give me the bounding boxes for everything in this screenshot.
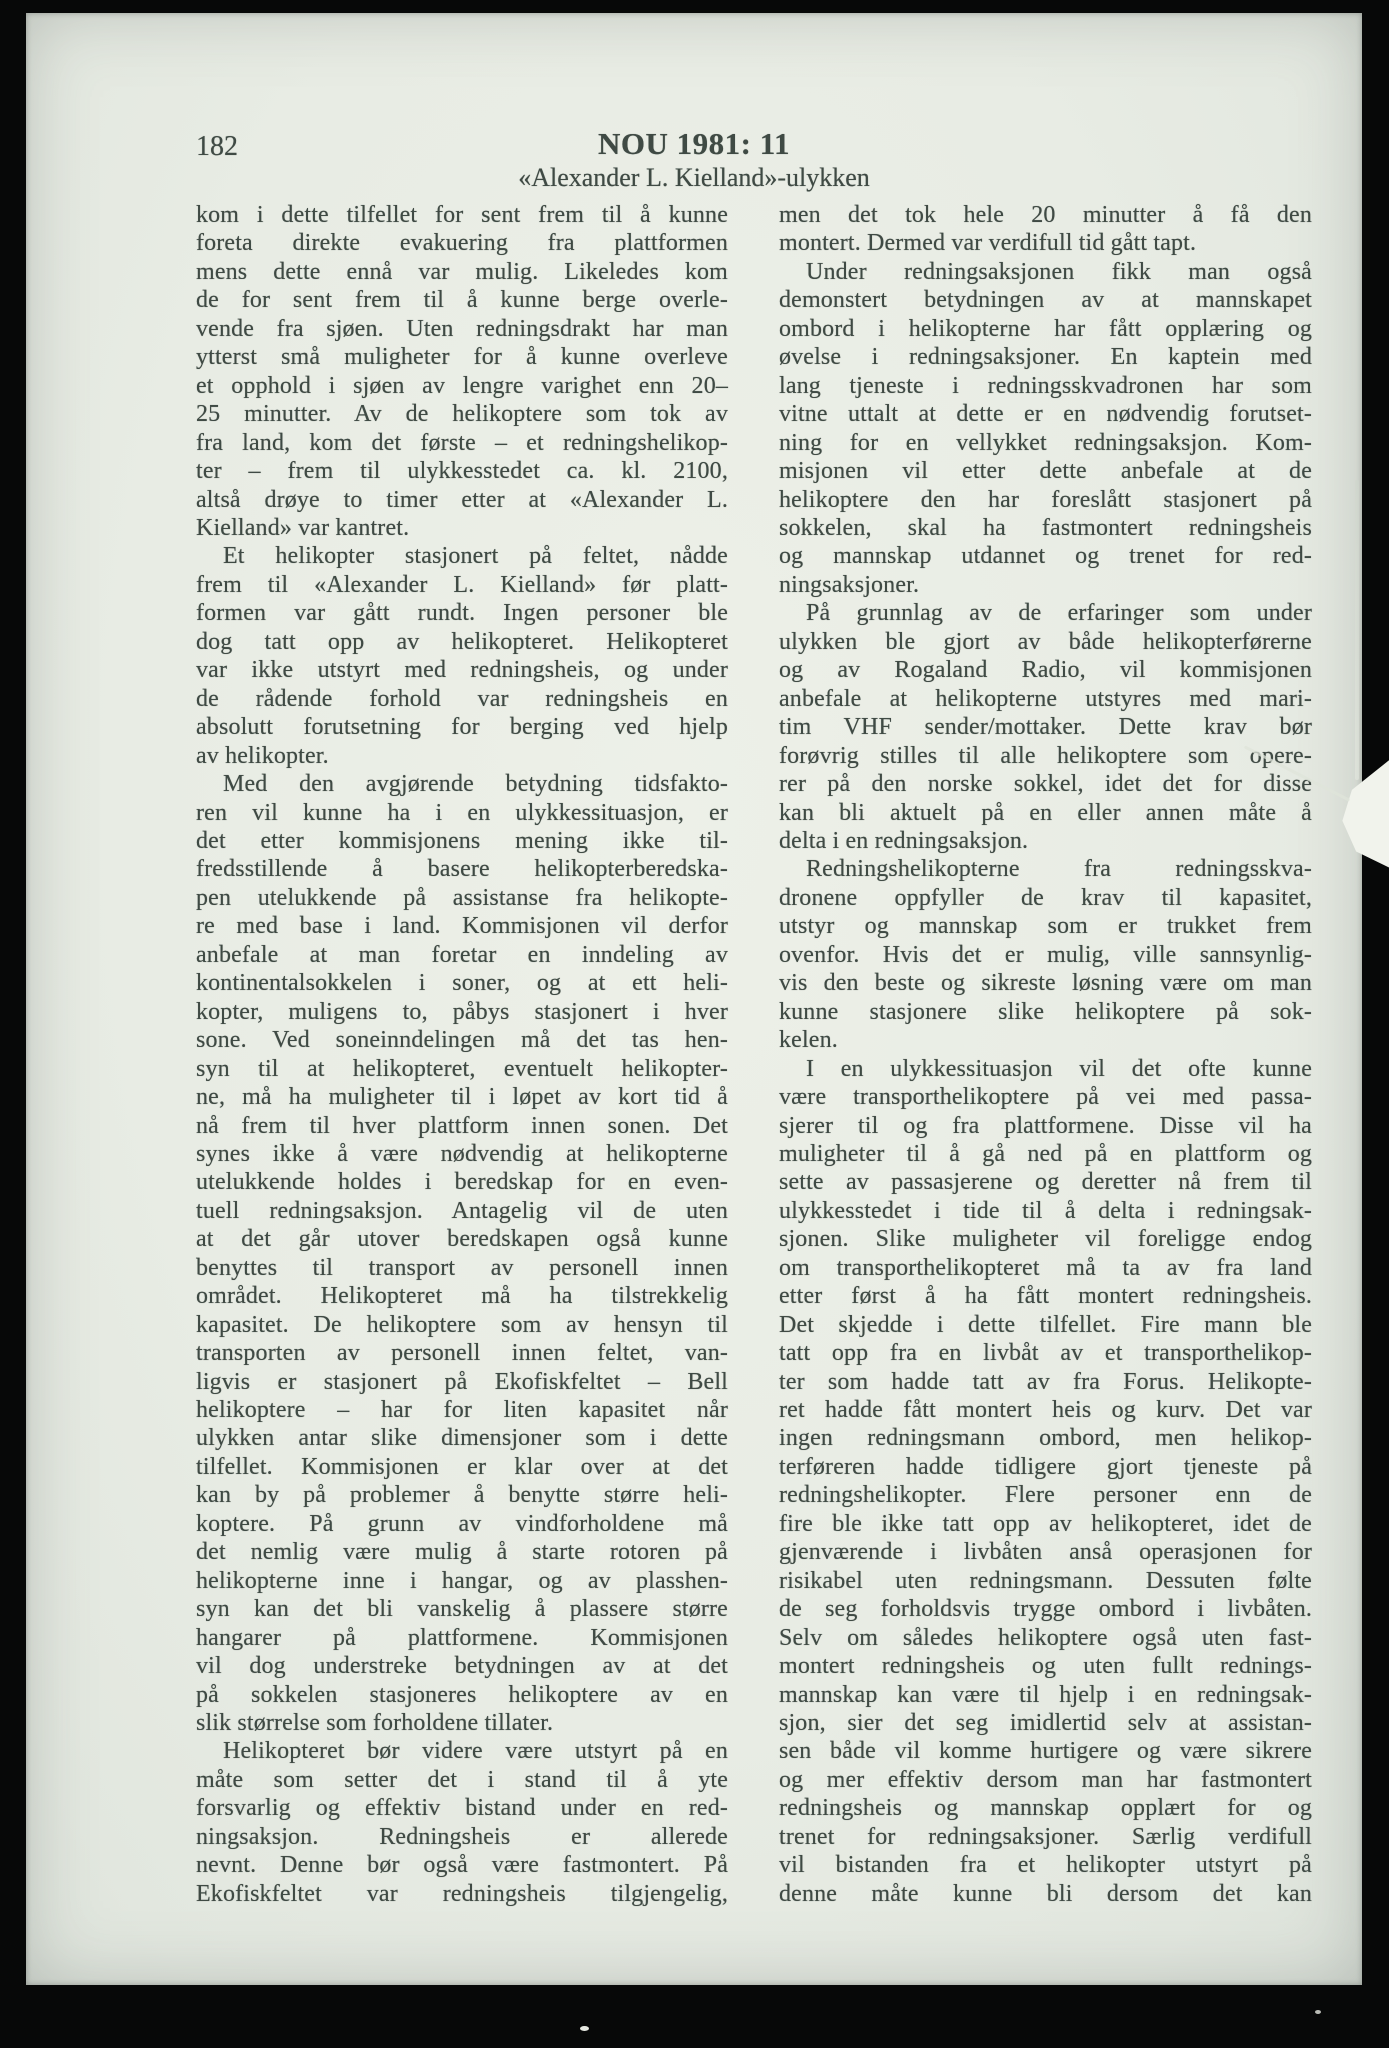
text-line: vis den beste og sikreste løsning være o… <box>779 969 1312 997</box>
text-line: sjerer til og fra plattformene. Disse vi… <box>779 1112 1312 1140</box>
text-line: utstyr og mannskap som er trukket frem <box>779 912 1312 940</box>
text-line: sone. Ved soneinndelingen må det tas hen… <box>196 1026 728 1054</box>
text-line: og mannskap utdannet og trenet for red- <box>779 542 1312 570</box>
text-line: tim VHF sender/mottaker. Dette krav bør <box>779 713 1312 741</box>
text-line: fredsstillende å basere helikopterbereds… <box>196 855 728 883</box>
text-line: kom i dette tilfellet for sent frem til … <box>196 201 728 229</box>
text-line: kapasitet. De helikoptere som av hensyn … <box>196 1311 728 1339</box>
text-line: var ikke utstyrt med redningsheis, og un… <box>196 656 728 684</box>
text-line: Selv om således helikoptere også uten fa… <box>779 1624 1312 1652</box>
text-line: I en ulykkessituasjon vil det ofte kunne <box>779 1055 1312 1083</box>
text-line: koptere. På grunn av vindforholdene må <box>196 1510 728 1538</box>
text-line: kan by på problemer å benytte større hel… <box>196 1481 728 1509</box>
text-line: mens dette ennå var mulig. Likeledes kom <box>196 258 728 286</box>
text-line: misjonen vil etter dette anbefale at de <box>779 457 1312 485</box>
text-line: re med base i land. Kommisjonen vil derf… <box>196 912 728 940</box>
text-line: lang tjeneste i redningsskvadronen har s… <box>779 372 1312 400</box>
text-line: anbefale at helikopterne utstyres med ma… <box>779 685 1312 713</box>
text-line: muligheter til å gå ned på en plattform … <box>779 1140 1312 1168</box>
text-line: det etter kommisjonens mening ikke til- <box>196 827 728 855</box>
text-line: Redningshelikopterne fra redningsskva- <box>779 855 1312 883</box>
text-line: benyttes til transport av personell inne… <box>196 1254 728 1282</box>
text-line: helikoptere – har for liten kapasitet nå… <box>196 1396 728 1424</box>
scan-speck-artifact <box>1315 2010 1321 2014</box>
text-line: ter som hadde tatt av fra Forus. Helikop… <box>779 1368 1312 1396</box>
text-line: ret hadde fått montert heis og kurv. Det… <box>779 1396 1312 1424</box>
text-line: sen både vil komme hurtigere og være sik… <box>779 1737 1312 1765</box>
text-line: syn kan det bli vanskelig å plassere stø… <box>196 1595 728 1623</box>
text-line: sjon, sier det seg imidlertid selv at as… <box>779 1709 1312 1737</box>
text-line: Kielland» var kantret. <box>196 514 728 542</box>
text-line: synes ikke å være nødvendig at helikopte… <box>196 1140 728 1168</box>
text-line: utelukkende holdes i beredskap for en ev… <box>196 1168 728 1196</box>
text-line: denne måte kunne bli dersom det kan <box>779 1880 1312 1908</box>
text-line: ning for en vellykket redningsaksjon. Ko… <box>779 429 1312 457</box>
text-line: helikopterne inne i hangar, og av plassh… <box>196 1567 728 1595</box>
text-line: et opphold i sjøen av lengre varighet en… <box>196 372 728 400</box>
text-line: ytterst små muligheter for å kunne overl… <box>196 343 728 371</box>
text-line: Et helikopter stasjonert på feltet, nådd… <box>196 542 728 570</box>
text-line: dog tatt opp av helikopteret. Helikopter… <box>196 628 728 656</box>
text-line: Helikopteret bør videre være utstyrt på … <box>196 1737 728 1765</box>
text-line: ningsaksjon. Redningsheis er allerede <box>196 1823 728 1851</box>
text-line: Det skjedde i dette tilfellet. Fire mann… <box>779 1311 1312 1339</box>
text-line: ter – frem til ulykkesstedet ca. kl. 210… <box>196 457 728 485</box>
text-line: at det går utover beredskapen også kunne <box>196 1225 728 1253</box>
right-column: men det tok hele 20 minutter å få denmon… <box>779 201 1312 1908</box>
text-line: etter først å ha fått montert redningshe… <box>779 1282 1312 1310</box>
document-page: 182 NOU 1981: 11 «Alexander L. Kielland»… <box>26 13 1362 1985</box>
left-column: kom i dette tilfellet for sent frem til … <box>196 201 728 1908</box>
text-line: av helikopter. <box>196 742 728 770</box>
text-line: montert redningsheis og uten fullt redni… <box>779 1652 1312 1680</box>
text-line: risikabel uten redningsmann. Dessuten fø… <box>779 1567 1312 1595</box>
text-line: de for sent frem til å kunne berge overl… <box>196 286 728 314</box>
text-line: Ekofiskfeltet var redningsheis tilgjenge… <box>196 1880 728 1908</box>
header-subtitle: «Alexander L. Kielland»-ulykken <box>26 163 1362 193</box>
text-line: ligvis er stasjonert på Ekofiskfeltet – … <box>196 1368 728 1396</box>
text-line: sokkelen, skal ha fastmontert redningshe… <box>779 514 1312 542</box>
text-line: hangarer på plattformene. Kommisjonen <box>196 1624 728 1652</box>
text-line: forøvrig stilles til alle helikoptere so… <box>779 742 1312 770</box>
text-line: fire ble ikke tatt opp av helikopteret, … <box>779 1510 1312 1538</box>
text-line: måte som setter det i stand til å yte <box>196 1766 728 1794</box>
text-line: redningshelikopter. Flere personer enn d… <box>779 1481 1312 1509</box>
text-line: tilfellet. Kommisjonen er klar over at d… <box>196 1453 728 1481</box>
text-line: syn til at helikopteret, eventuelt helik… <box>196 1055 728 1083</box>
text-line: delta i en redningsaksjon. <box>779 827 1312 855</box>
text-line: ingen redningsmann ombord, men helikop- <box>779 1424 1312 1452</box>
scanned-page-background: { "page": { "page_number": "182", "heade… <box>0 0 1389 2048</box>
text-line: ningsaksjoner. <box>779 571 1312 599</box>
text-line: montert. Dermed var verdifull tid gått t… <box>779 229 1312 257</box>
text-line: fra land, kom det første – et redningshe… <box>196 429 728 457</box>
text-line: formen var gått rundt. Ingen personer bl… <box>196 599 728 627</box>
text-line: ombord i helikopterne har fått opplæring… <box>779 315 1312 343</box>
text-line: dronene oppfyller de krav til kapasitet, <box>779 884 1312 912</box>
text-line: pen utelukkende på assistanse fra heliko… <box>196 884 728 912</box>
text-line: kunne stasjonere slike helikoptere på so… <box>779 998 1312 1026</box>
text-line: de seg forholdsvis trygge ombord i livbå… <box>779 1595 1312 1623</box>
text-line: rer på den norske sokkel, idet det for d… <box>779 770 1312 798</box>
text-line: altså drøye to timer etter at «Alexander… <box>196 486 728 514</box>
text-line: anbefale at man foretar en inndeling av <box>196 941 728 969</box>
text-line: ren vil kunne ha i en ulykkessituasjon, … <box>196 799 728 827</box>
text-line: og mer effektiv dersom man har fastmonte… <box>779 1766 1312 1794</box>
text-line: absolutt forutsetning for berging ved hj… <box>196 713 728 741</box>
header-title: NOU 1981: 11 <box>26 126 1362 162</box>
text-line: foreta direkte evakuering fra plattforme… <box>196 229 728 257</box>
text-line: nå frem til hver plattform innen sonen. … <box>196 1112 728 1140</box>
text-line: Under redningsaksjonen fikk man også <box>779 258 1312 286</box>
text-line: På grunnlag av de erfaringer som under <box>779 599 1312 627</box>
text-line: de rådende forhold var redningsheis en <box>196 685 728 713</box>
text-line: helikoptere den har foreslått stasjonert… <box>779 486 1312 514</box>
text-line: mannskap kan være til hjelp i en redning… <box>779 1681 1312 1709</box>
text-line: ulykkesstedet i tide til å delta i redni… <box>779 1197 1312 1225</box>
text-line: redningsheis og mannskap opplært for og <box>779 1794 1312 1822</box>
text-line: sjonen. Slike muligheter vil foreligge e… <box>779 1225 1312 1253</box>
text-line: tuell redningsaksjon. Antagelig vil de u… <box>196 1197 728 1225</box>
scan-speck-artifact <box>580 2026 589 2031</box>
text-line: forsvarlig og effektiv bistand under en … <box>196 1794 728 1822</box>
text-line: øvelse i redningsaksjoner. En kaptein me… <box>779 343 1312 371</box>
text-line: sette av passasjerene og deretter nå fre… <box>779 1168 1312 1196</box>
text-line: nevnt. Denne bør også være fastmontert. … <box>196 1851 728 1879</box>
page-edge-crease-artifact <box>1355 480 1359 780</box>
text-line: gjenværende i livbåten anså operasjonen … <box>779 1538 1312 1566</box>
text-line: Med den avgjørende betydning tidsfakto- <box>196 770 728 798</box>
text-line: ne, må ha muligheter til i løpet av kort… <box>196 1083 728 1111</box>
text-line: ovenfor. Hvis det er mulig, ville sannsy… <box>779 941 1312 969</box>
text-line: slik størrelse som forholdene tillater. <box>196 1709 728 1737</box>
text-line: om transporthelikopteret må ta av fra la… <box>779 1254 1312 1282</box>
text-line: vitne uttalt at dette er en nødvendig fo… <box>779 400 1312 428</box>
text-line: være transporthelikoptere på vei med pas… <box>779 1083 1312 1111</box>
text-line: kopter, muligens to, påbys stasjonert i … <box>196 998 728 1026</box>
text-line: på sokkelen stasjoneres helikoptere av e… <box>196 1681 728 1709</box>
text-line: kelen. <box>779 1026 1312 1054</box>
text-line: trenet for redningsaksjoner. Særlig verd… <box>779 1823 1312 1851</box>
text-line: det nemlig være mulig å starte rotoren p… <box>196 1538 728 1566</box>
text-line: området. Helikopteret må ha tilstrekkeli… <box>196 1282 728 1310</box>
text-line: ulykken antar slike dimensjoner som i de… <box>196 1424 728 1452</box>
text-line: demonstert betydningen av at mannskapet <box>779 286 1312 314</box>
text-line: kan bli aktuelt på en eller annen måte å <box>779 799 1312 827</box>
text-line: tatt opp fra en livbåt av et transporthe… <box>779 1339 1312 1367</box>
text-line: vil bistanden fra et helikopter utstyrt … <box>779 1851 1312 1879</box>
text-line: ulykken ble gjort av både helikopterføre… <box>779 628 1312 656</box>
text-line: transporten av personell innen feltet, v… <box>196 1339 728 1367</box>
text-line: vil dog understreke betydningen av at de… <box>196 1652 728 1680</box>
text-line: kontinentalsokkelen i soner, og at ett h… <box>196 969 728 997</box>
text-line: frem til «Alexander L. Kielland» før pla… <box>196 571 728 599</box>
text-line: vende fra sjøen. Uten redningsdrakt har … <box>196 315 728 343</box>
text-line: 25 minutter. Av de helikoptere som tok a… <box>196 400 728 428</box>
text-line: men det tok hele 20 minutter å få den <box>779 201 1312 229</box>
text-line: terføreren hadde tidligere gjort tjenest… <box>779 1453 1312 1481</box>
text-line: og av Rogaland Radio, vil kommisjonen <box>779 656 1312 684</box>
